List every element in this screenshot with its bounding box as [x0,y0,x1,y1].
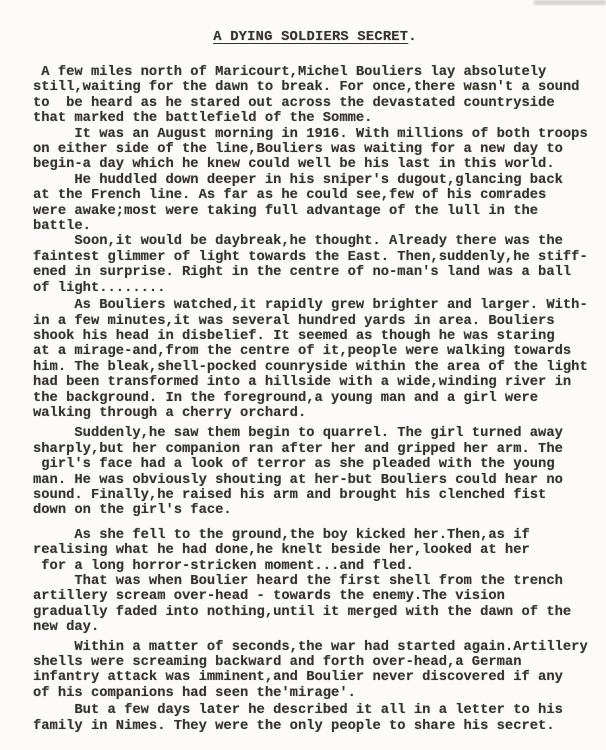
text-line: Suddenly,he saw them begin to quarrel. T… [33,426,596,441]
text-line: that marked the battlefield of the Somme… [33,111,596,126]
paragraph: As she fell to the ground,the boy kicked… [33,528,596,574]
paragraph: He huddled down deeper in his sniper's d… [33,173,596,235]
paragraph: It was an August morning in 1916. With m… [33,127,596,173]
text-line: man. He was obviously shouting at her-bu… [33,473,596,488]
text-line: girl's face had a look of terror as she … [33,457,596,472]
text-line: battle. [33,219,596,234]
text-line: him. The bleak,shell-pocked counryside w… [33,360,596,375]
document-page: A DYING SOLDIERS SECRET. A few miles nor… [0,0,606,750]
paragraph: Soon,it would be daybreak,he thought. Al… [33,234,596,296]
scan-smudge-top-right [534,0,606,5]
document-title-period: . [408,30,416,45]
document-body: A few miles north of Maricourt,Michel Bo… [33,65,596,734]
text-line: infantry attack was imminent,and Boulier… [33,670,596,685]
text-line: were awake;most were taking full advanta… [33,204,596,219]
paragraph: That was when Boulier heard the first sh… [33,574,596,636]
text-line: still,waiting for the dawn to break. For… [33,80,596,95]
text-line: new day. [33,620,596,635]
paragraph: As Bouliers watched,it rapidly grew brig… [33,298,596,421]
text-line: artillery scream over-head - towards the… [33,589,596,604]
text-line: sound. Finally,he raised his arm and bro… [33,488,596,503]
text-line: A few miles north of Maricourt,Michel Bo… [33,65,596,80]
paragraph: Suddenly,he saw them begin to quarrel. T… [33,426,596,518]
text-line: Within a matter of seconds,the war had s… [33,640,596,655]
text-line: of light........ [33,281,596,296]
text-line: had been transformed into a hillside wit… [33,375,596,390]
text-line: shook his head in disbelief. It seemed a… [33,329,596,344]
paragraph: Within a matter of seconds,the war had s… [33,640,596,702]
text-line: As Bouliers watched,it rapidly grew brig… [33,298,596,313]
paragraph: A few miles north of Maricourt,Michel Bo… [33,65,596,127]
text-line: of his companions had seen the'mirage'. [33,686,596,701]
text-line: sharply,but her companion ran after her … [33,442,596,457]
paragraph: But a few days later he described it all… [33,703,596,734]
text-line: down on the girl's face. [33,503,596,518]
text-line: But a few days later he described it all… [33,703,596,718]
text-line: ened in surprise. Right in the centre of… [33,265,596,280]
text-line: in a few minutes,it was several hundred … [33,314,596,329]
text-line: faintest glimmer of light towards the Ea… [33,250,596,265]
text-line: shells were screaming backward and forth… [33,655,596,670]
text-line: realising what he had done,he knelt besi… [33,543,596,558]
text-line: at a mirage-and,from the centre of it,pe… [33,344,596,359]
text-line: for a long horror-stricken moment...and … [33,559,596,574]
text-line: walking through a cherry orchard. [33,406,596,421]
text-line: gradually faded into nothing,until it me… [33,605,596,620]
text-line: the background. In the foreground,a youn… [33,391,596,406]
text-line: That was when Boulier heard the first sh… [33,574,596,589]
document-title-text: A DYING SOLDIERS SECRET [213,30,408,45]
text-line: He huddled down deeper in his sniper's d… [33,173,596,188]
text-line: at the French line. As far as he could s… [33,188,596,203]
text-line: to be heard as he stared out across the … [33,96,596,111]
text-line: Soon,it would be daybreak,he thought. Al… [33,234,596,249]
text-line: As she fell to the ground,the boy kicked… [33,528,596,543]
text-line: on either side of the line,Bouliers was … [33,142,596,157]
text-line: begin-a day which he knew could well be … [33,157,596,172]
text-line: It was an August morning in 1916. With m… [33,127,596,142]
text-line: family in Nimes. They were the only peop… [33,719,596,734]
document-title: A DYING SOLDIERS SECRET. [0,30,606,45]
